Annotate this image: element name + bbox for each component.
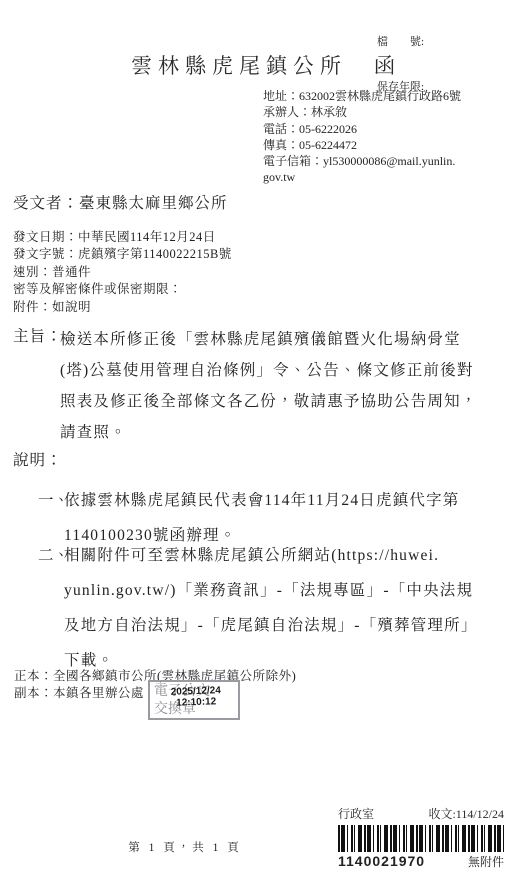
subject-section: 主旨： 檢送本所修正後「雲林縣虎尾鎮殯儀館暨火化場納骨堂 (塔)公墓使用管理自治…: [13, 324, 518, 448]
receipt-header-row: 行政室 收文:114/12/24: [338, 807, 504, 822]
subject-line: 照表及修正後全部條文各乙份，敬請惠予協助公告周知，: [60, 386, 518, 417]
contact-phone: 電話：05-6222026: [263, 121, 525, 137]
contact-email-line2: gov.tw: [263, 169, 525, 185]
attachment-line: 附件：如說明: [13, 299, 232, 316]
stamp-datetime: 2025/12/24 12:10:12: [144, 684, 249, 710]
page-number-footer: 第 1 頁，共 1 頁: [0, 839, 370, 855]
file-number-label: 檔 號:: [377, 35, 424, 50]
item-2-marker: 二、: [38, 538, 69, 573]
dispatch-date: 發文日期：中華民國114年12月24日: [13, 229, 232, 246]
item-1-marker: 一、: [38, 483, 69, 518]
subject-text: 檢送本所修正後「雲林縣虎尾鎮殯儀館暨火化場納骨堂 (塔)公墓使用管理自治條例」令…: [60, 324, 518, 448]
subject-line: (塔)公墓使用管理自治條例」令、公告、條文修正前後對: [60, 355, 518, 386]
official-letter-page: 檔 號: 保存年限: 雲林縣虎尾鎮公所 函 地址：632002雲林縣虎尾鎮行政路…: [0, 0, 532, 875]
contact-address: 地址：632002雲林縣虎尾鎮行政路6號: [263, 88, 525, 104]
item-1-line: 依據雲林縣虎尾鎮民代表會114年11月24日虎鎮代字第: [64, 483, 516, 518]
subject-line: 請查照。: [60, 417, 518, 448]
recipient-line: 受文者：臺東縣太麻里鄉公所: [13, 191, 228, 213]
subject-line: 檢送本所修正後「雲林縣虎尾鎮殯儀館暨火化場納骨堂: [60, 324, 518, 355]
document-title: 雲林縣虎尾鎮公所 函: [0, 50, 532, 80]
item-2-line: 相關附件可至雲林縣虎尾鎮公所網站(https://huwei.: [64, 538, 516, 573]
receipt-footer-row: 1140021970 無附件: [338, 853, 504, 870]
receipt-doc-number: 1140021970: [338, 853, 425, 869]
explanation-item-2: 二、 相關附件可至雲林縣虎尾鎮公所網站(https://huwei. yunli…: [38, 538, 516, 678]
contact-fax: 傳真：05-6224472: [263, 137, 525, 153]
subject-label: 主旨：: [13, 324, 63, 346]
dispatch-number: 發文字號：虎鎮殯字第1140022215B號: [13, 246, 232, 263]
security-class: 密等及解密條件或保密期限：: [13, 281, 232, 298]
receiving-office: 行政室: [338, 807, 374, 822]
item-2-line: yunlin.gov.tw/)「業務資訊」-「法規專區」-「中央法規: [64, 573, 516, 608]
contact-block: 地址：632002雲林縣虎尾鎮行政路6號 承辦人：林承敘 電話：05-62220…: [263, 88, 525, 186]
receipt-attachment-note: 無附件: [468, 853, 504, 870]
received-date: 收文:114/12/24: [428, 807, 504, 822]
contact-person: 承辦人：林承敘: [263, 104, 525, 120]
contact-email-line1: 電子信箱：yl530000086@mail.yunlin.: [263, 153, 525, 169]
speed-class: 速別：普通件: [13, 264, 232, 281]
explanation-label: 說明：: [13, 448, 63, 470]
electronic-exchange-stamp: 電子公文 交換章 2025/12/24 12:10:12: [148, 680, 240, 720]
item-2-text: 相關附件可至雲林縣虎尾鎮公所網站(https://huwei. yunlin.g…: [64, 538, 516, 678]
dispatch-meta-block: 發文日期：中華民國114年12月24日 發文字號：虎鎮殯字第1140022215…: [13, 229, 232, 316]
item-2-line: 及地方自治法規」-「虎尾鎮自治法規」-「殯葬管理所」: [64, 608, 516, 643]
